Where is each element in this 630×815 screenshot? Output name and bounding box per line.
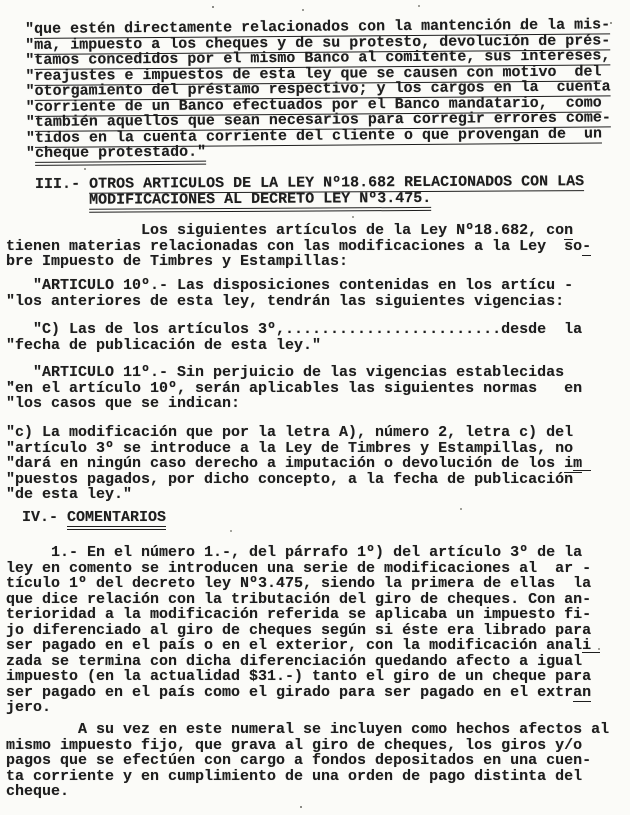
text-line: "fecha de publicación de esta ley." bbox=[6, 338, 582, 354]
text-line: MODIFICACIONES AL DECRETO LEY Nº3.475. bbox=[35, 190, 584, 208]
text-line: "tidos en la cuenta corriente del client… bbox=[26, 126, 611, 146]
text-line: 1.- En el número 1.-, del párrafo 1º) de… bbox=[6, 545, 600, 561]
letra-c-vigencia-paragraph: "C) Las de los artículos 3º,............… bbox=[6, 322, 582, 353]
document-page: "que estén directamente relacionados con… bbox=[0, 0, 630, 815]
text-line: "puestos pagados, por dicho concepto, a … bbox=[6, 472, 591, 488]
section-iii-heading: III.- OTROS ARTICULOS DE LA LEY Nº18.682… bbox=[35, 174, 584, 208]
text-line: pagos que se efectúen con cargo a fondos… bbox=[6, 753, 609, 769]
text-line: A su vez en este numeral se incluyen com… bbox=[6, 722, 609, 738]
text-line: bre Impuesto de Timbres y Estampillas: bbox=[6, 254, 591, 270]
text-line: "ARTICULO 10º.- Las disposiciones conten… bbox=[6, 278, 573, 294]
articulo-10-paragraph: "ARTICULO 10º.- Las disposiciones conten… bbox=[6, 278, 573, 309]
section-iv-heading: IV.- COMENTARIOS bbox=[22, 510, 166, 526]
section-iii-intro-paragraph: Los siguientes artículos de la Ley Nº18.… bbox=[6, 223, 591, 270]
text-line: IV.- COMENTARIOS bbox=[22, 510, 166, 526]
text-line: cheque. bbox=[6, 784, 609, 800]
scan-noise-speckles bbox=[0, 0, 2, 2]
text-line: ta corriente y en cumplimiento de una or… bbox=[6, 769, 609, 785]
text-line: mismo impuesto fijo, que grava al giro d… bbox=[6, 738, 609, 754]
text-line: terioridad a la modificación referida se… bbox=[6, 607, 600, 623]
text-line: "de esta ley." bbox=[6, 487, 591, 503]
text-line: "los anteriores de esta ley, tendrán las… bbox=[6, 294, 573, 310]
articulo-11-paragraph: "ARTICULO 11º.- Sin perjuicio de las vig… bbox=[6, 365, 582, 412]
text-line: "dará en ningún caso derecho a imputació… bbox=[6, 456, 591, 472]
letra-c-modificacion-paragraph: "c) La modificación que por la letra A),… bbox=[6, 425, 591, 503]
text-line: ley en comento se introducen una serie d… bbox=[6, 561, 600, 577]
text-line: zada se termina con dicha diferenciación… bbox=[6, 654, 600, 670]
quoted-legal-text-block: "que estén directamente relacionados con… bbox=[25, 17, 611, 161]
text-line: jo diferenciado al giro de cheques según… bbox=[6, 623, 600, 639]
text-line: "en el artículo 10º, serán aplicables la… bbox=[6, 381, 582, 397]
text-line: "c) La modificación que por la letra A),… bbox=[6, 425, 591, 441]
text-line: jero. bbox=[6, 700, 600, 716]
text-line: "ARTICULO 11º.- Sin perjuicio de las vig… bbox=[6, 365, 582, 381]
text-line: "los casos que se indican: bbox=[6, 396, 582, 412]
text-line: "artículo 3º se introduce a la Ley de Ti… bbox=[6, 441, 591, 457]
text-line: ser pagado en el país o en el exterior, … bbox=[6, 638, 600, 654]
text-line: impuesto (en la actualidad $31.-) tanto … bbox=[6, 669, 600, 685]
text-line: que dice relación con la tributación del… bbox=[6, 592, 600, 608]
text-line: tículo 1º del decreto ley Nº3.475, siend… bbox=[6, 576, 600, 592]
text-line: "C) Las de los artículos 3º,............… bbox=[6, 322, 582, 338]
comentario-2-paragraph: A su vez en este numeral se incluyen com… bbox=[6, 722, 609, 800]
comentario-1-paragraph: 1.- En el número 1.-, del párrafo 1º) de… bbox=[6, 545, 600, 716]
text-line: tienen materias relacionadas con las mod… bbox=[6, 239, 591, 255]
text-line: Los siguientes artículos de la Ley Nº18.… bbox=[6, 223, 591, 239]
text-line: ser pagado en el país como el girado par… bbox=[6, 685, 600, 701]
